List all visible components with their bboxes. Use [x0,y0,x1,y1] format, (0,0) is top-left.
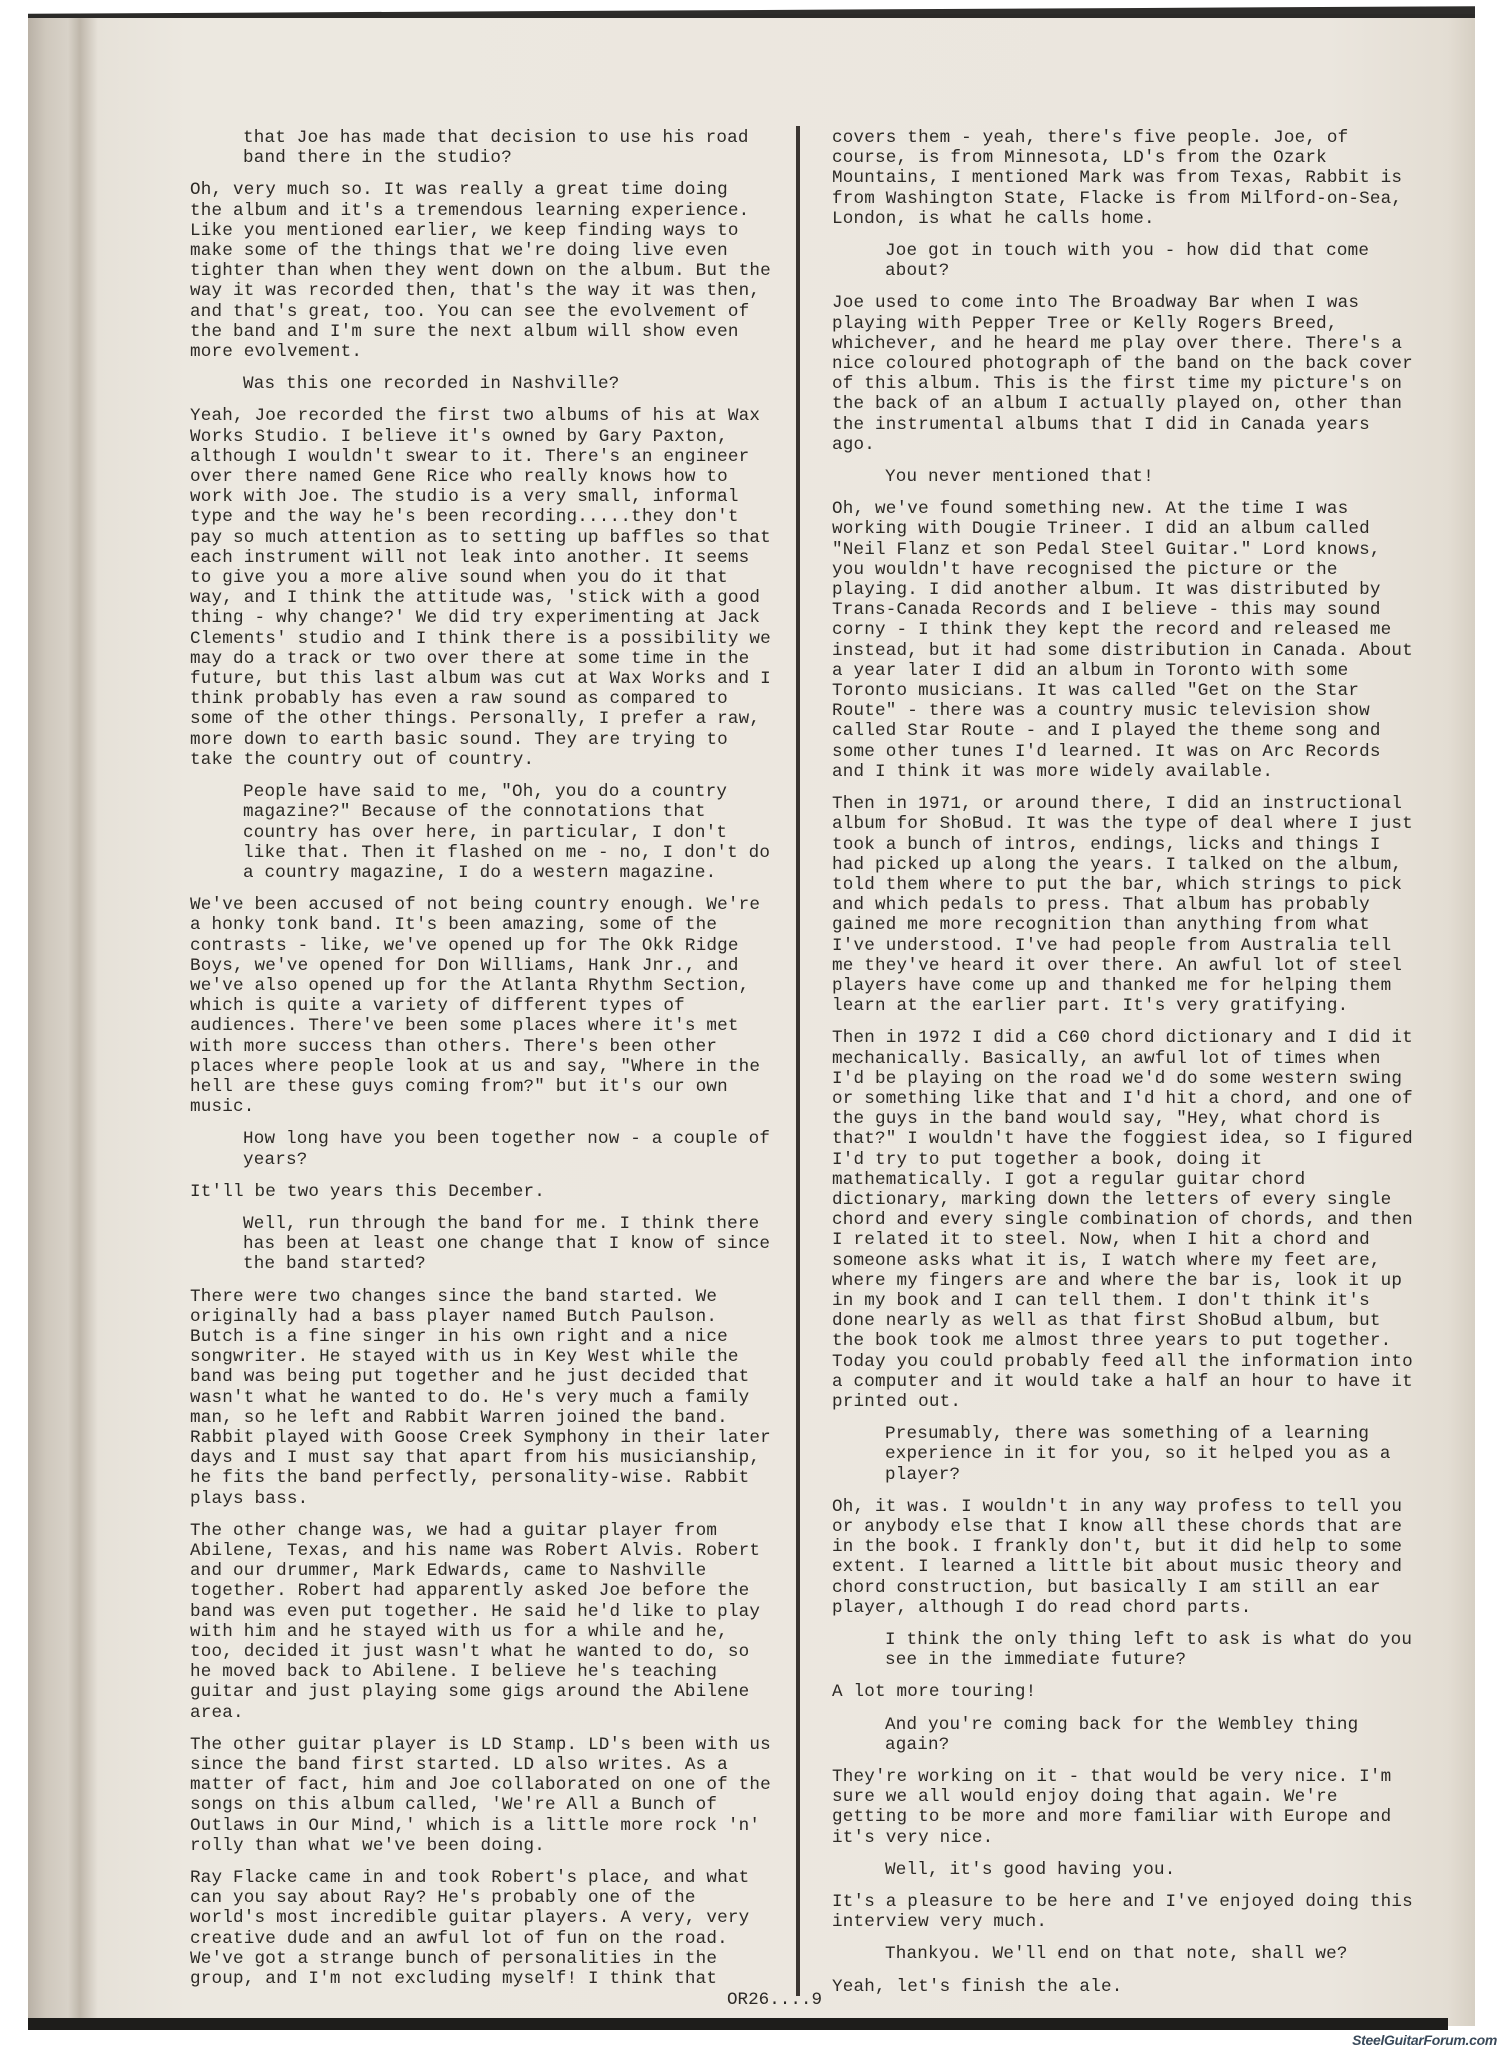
page-number: OR26....9 [727,1990,822,2010]
interview-answer: They're working on it - that would be ve… [832,1767,1432,1848]
interview-question: I think the only thing left to ask is wh… [832,1630,1432,1670]
interview-answer: Then in 1971, or around there, I did an … [832,794,1432,1016]
watermark: SteelGuitarForum.com [1352,2032,1497,2048]
interview-answer: Joe used to come into The Broadway Bar w… [832,293,1432,455]
interview-answer: Then in 1972 I did a C60 chord dictionar… [832,1028,1432,1412]
interview-question: Well, it's good having you. [832,1860,1432,1880]
interview-answer: Yeah, Joe recorded the first two albums … [190,406,790,770]
interview-question: People have said to me, "Oh, you do a co… [190,782,790,883]
interview-answer: Oh, we've found something new. At the ti… [832,499,1432,782]
interview-answer: Oh, very much so. It was really a great … [190,180,790,362]
left-column: that Joe has made that decision to use h… [190,128,790,2001]
interview-question: And you're coming back for the Wembley t… [832,1715,1432,1755]
interview-answer: The other change was, we had a guitar pl… [190,1521,790,1723]
interview-answer: A lot more touring! [832,1682,1432,1702]
interview-answer: We've been accused of not being country … [190,895,790,1117]
interview-question: that Joe has made that decision to use h… [190,128,790,168]
interview-question: Well, run through the band for me. I thi… [190,1214,790,1275]
column-divider [796,126,800,1996]
scan-bottom-edge [28,2018,1448,2030]
interview-question: Joe got in touch with you - how did that… [832,241,1432,281]
right-column: covers them - yeah, there's five people.… [832,128,1432,2009]
interview-question: How long have you been together now - a … [190,1129,790,1169]
interview-answer: Oh, it was. I wouldn't in any way profes… [832,1497,1432,1618]
interview-answer: Yeah, let's finish the ale. [832,1977,1432,1997]
interview-answer: The other guitar player is LD Stamp. LD'… [190,1735,790,1856]
interview-answer: There were two changes since the band st… [190,1287,790,1509]
interview-answer: Ray Flacke came in and took Robert's pla… [190,1868,790,1989]
interview-answer: It's a pleasure to be here and I've enjo… [832,1892,1432,1932]
interview-answer: covers them - yeah, there's five people.… [832,128,1432,229]
interview-question: You never mentioned that! [832,467,1432,487]
interview-question: Thankyou. We'll end on that note, shall … [832,1944,1432,1964]
interview-question: Was this one recorded in Nashville? [190,374,790,394]
interview-answer: It'll be two years this December. [190,1182,790,1202]
interview-question: Presumably, there was something of a lea… [832,1424,1432,1485]
